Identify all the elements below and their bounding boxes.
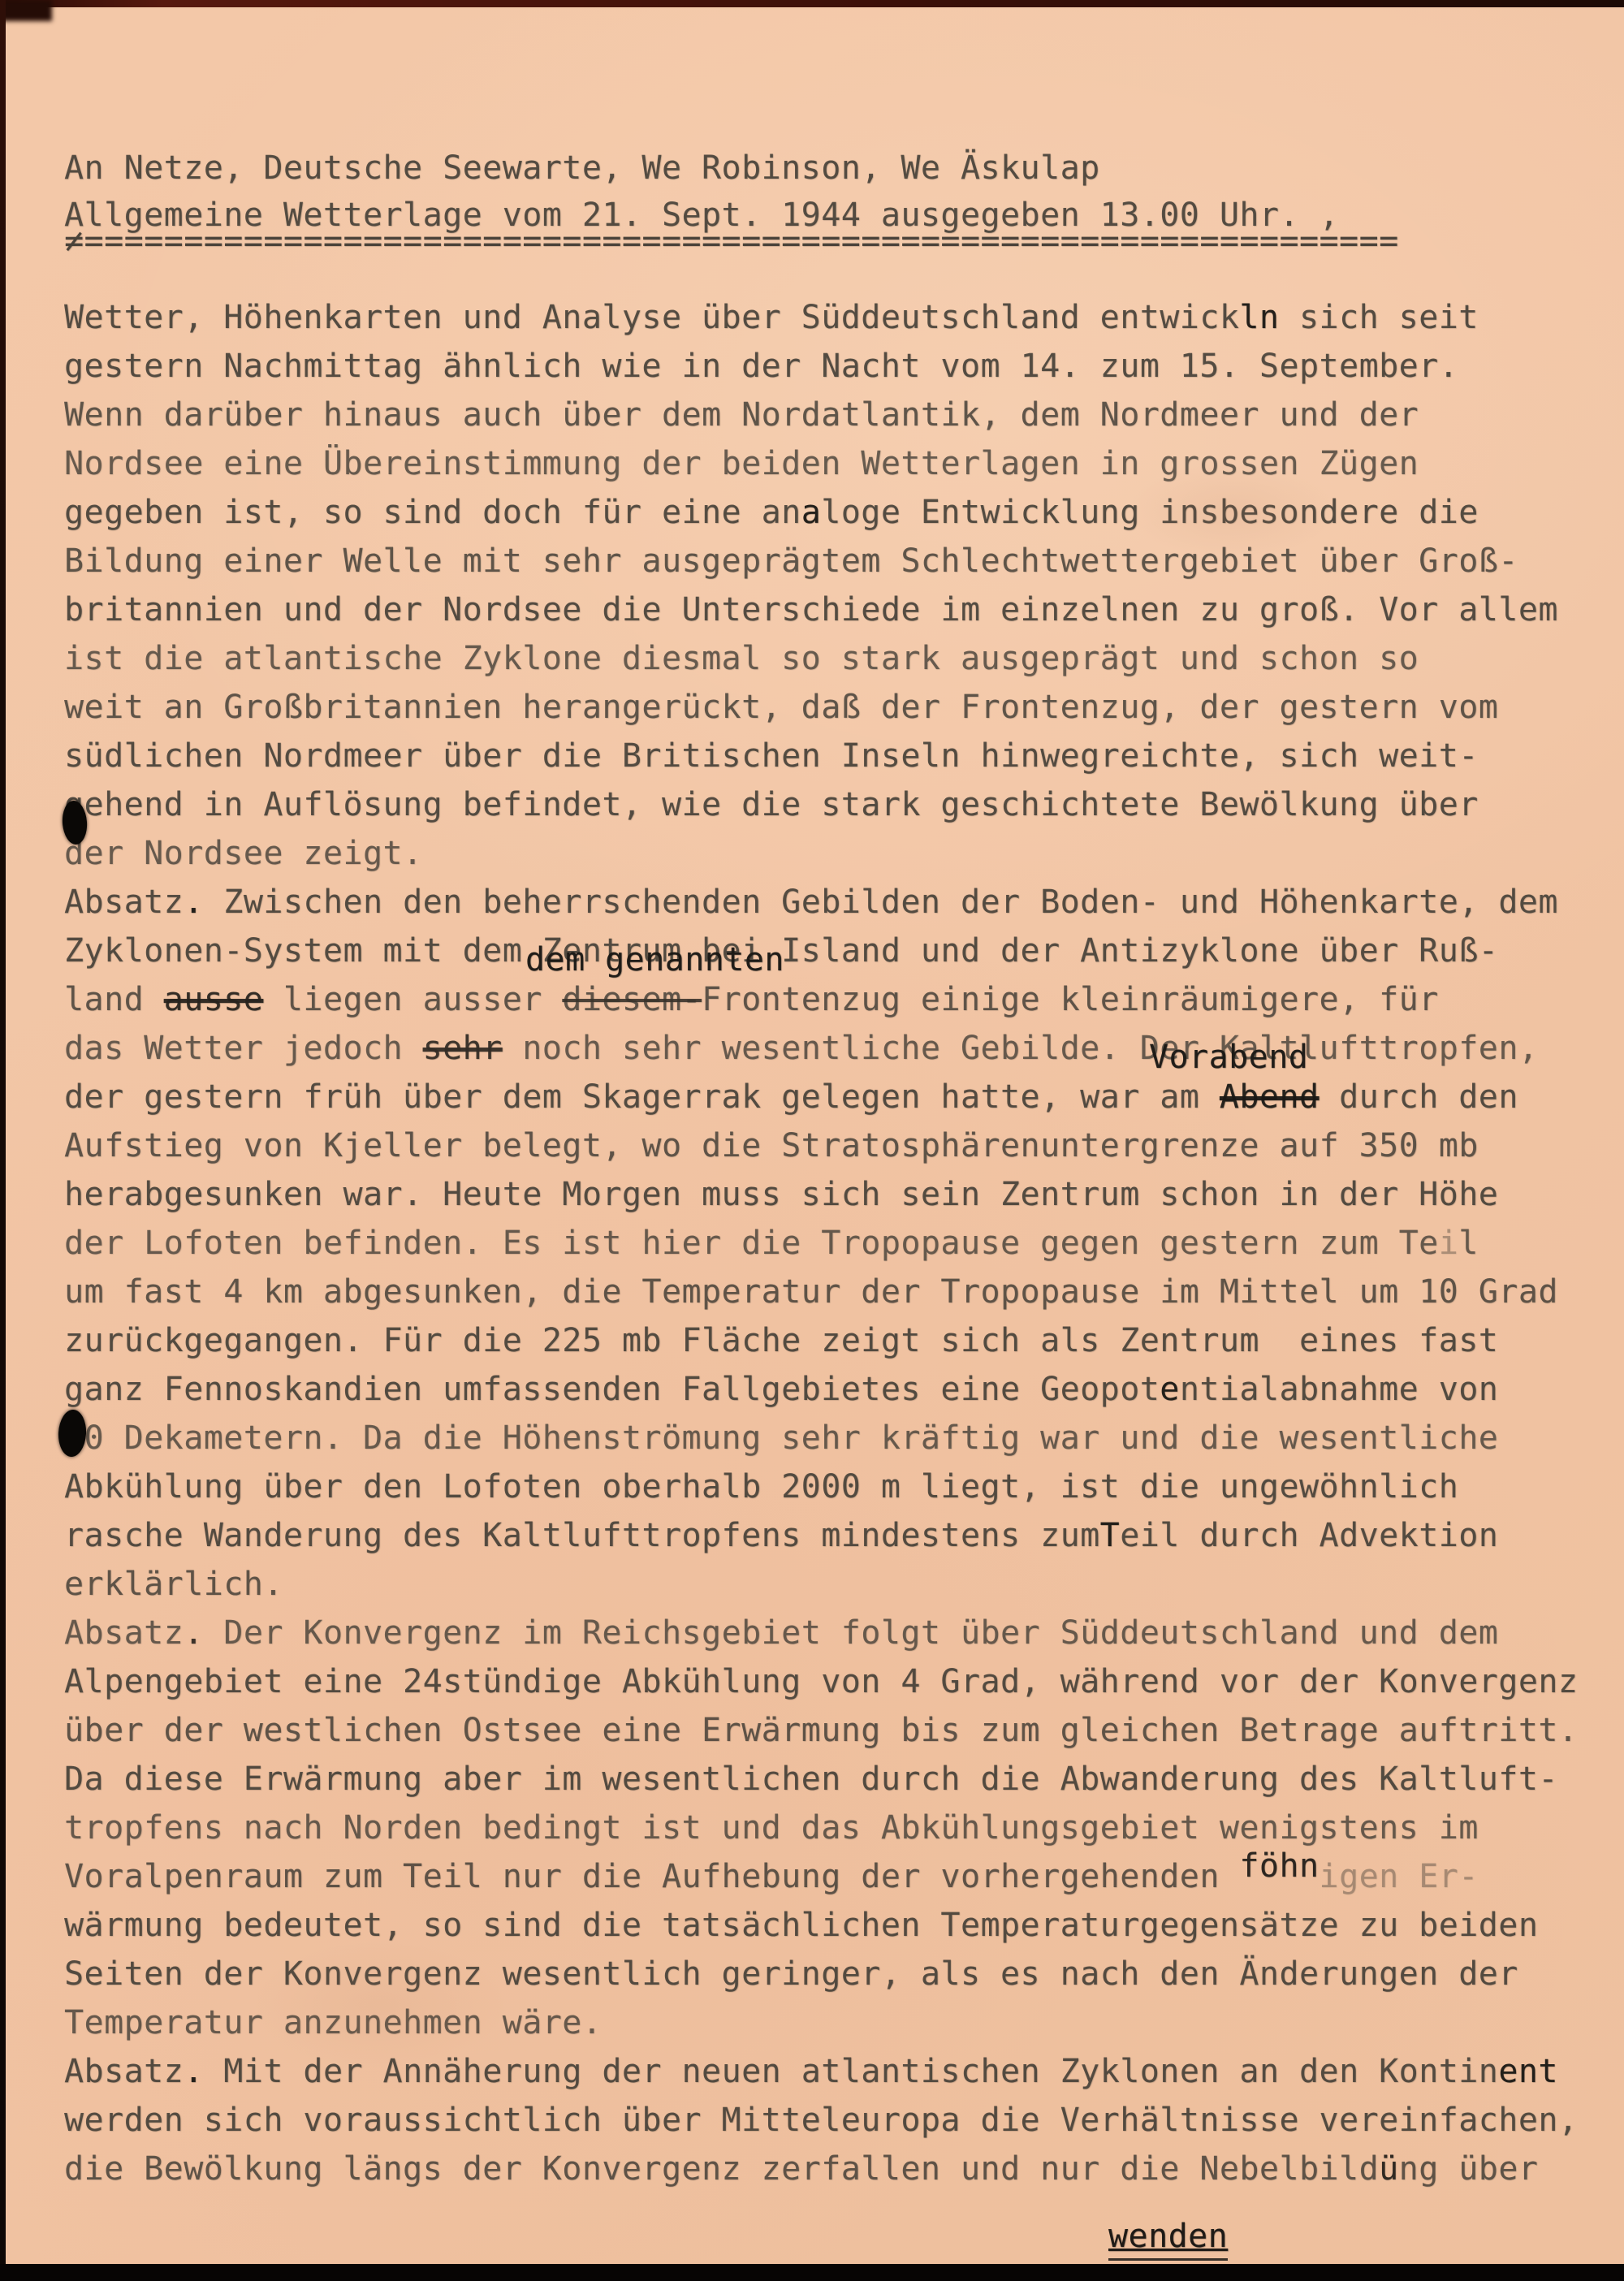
- text-segment: rasche Wanderung des Kaltlufttropfens mi…: [64, 1517, 1100, 1554]
- text-line-4: Nordsee eine Übereinstimmung der beiden …: [64, 439, 1578, 488]
- overtyped-segment: i: [1439, 1225, 1459, 1262]
- text-line-20: der Lofoten befinden. Es ist hier die Tr…: [64, 1219, 1578, 1268]
- divider-rule: ≠=======================================…: [64, 217, 1399, 266]
- text-line-3: Wenn darüber hinaus auch über dem Nordat…: [64, 391, 1578, 439]
- text-segment: gegeben ist, so sind doch für eine an: [64, 494, 801, 531]
- text-segment: wärmung bedeutet, so sind die tatsächlic…: [64, 1907, 1538, 1944]
- text-line-38: werden sich voraussichtlich über Mittele…: [64, 2096, 1578, 2145]
- text-line-7: britannien und der Nordsee die Unterschi…: [64, 585, 1578, 634]
- text-segment: Abkühlung über den Lofoten oberhalb 2000…: [64, 1468, 1458, 1506]
- document-body: Wetter, Höhenkarten und Analyse über Süd…: [64, 293, 1578, 2193]
- text-segment: 40 Dekametern. Da die Höhenströmung sehr…: [64, 1419, 1498, 1457]
- overtyped-segment: diesem-: [562, 981, 702, 1018]
- text-segment: südlichen Nordmeer über die Britischen I…: [64, 737, 1479, 775]
- text-segment: Zwischen den beherrschenden Gebilden der…: [204, 883, 1558, 921]
- overtyped-segment: ü: [1379, 2150, 1399, 2188]
- text-segment: Wetter, Höhenkarten und Analyse über Süd…: [64, 299, 1239, 336]
- text-segment: der gestern früh über dem Skagerrak gele…: [64, 1078, 1220, 1116]
- text-segment: werden sich voraussichtlich über Mittele…: [64, 2102, 1578, 2139]
- text-line-5: gegeben ist, so sind doch für eine analo…: [64, 488, 1578, 537]
- text-segment: Absatz: [64, 1614, 184, 1652]
- text-segment: durch den: [1319, 1078, 1518, 1116]
- text-segment: Absatz: [64, 883, 184, 921]
- text-segment: ganz Fennoskandien umfassenden Fallgebie…: [64, 1371, 1160, 1408]
- text-segment: Absatz: [64, 2053, 184, 2090]
- text-line-19: herabgesunken war. Heute Morgen muss sic…: [64, 1170, 1578, 1219]
- text-line-23: ganz Fennoskandien umfassenden Fallgebie…: [64, 1365, 1578, 1414]
- overtyped-segment: ln: [1239, 299, 1279, 336]
- text-line-1: Wetter, Höhenkarten und Analyse über Süd…: [64, 293, 1578, 342]
- text-line-8: ist die atlantische Zyklone diesmal so s…: [64, 634, 1578, 683]
- overtyped-segment: föhn: [1239, 1847, 1319, 1885]
- scan-edge-left: [0, 0, 6, 2281]
- text-segment: ist die atlantische Zyklone diesmal so s…: [64, 640, 1419, 677]
- text-segment: tropfens nach Norden bedingt ist und das…: [64, 1809, 1479, 1847]
- text-line-28: Absatz. Der Konvergenz im Reichsgebiet f…: [64, 1609, 1578, 1657]
- overtyped-segment: .: [184, 883, 204, 921]
- text-line-13: Absatz. Zwischen den beherrschenden Gebi…: [64, 878, 1578, 927]
- text-segment: herabgesunken war. Heute Morgen muss sic…: [64, 1176, 1498, 1213]
- text-line-39: die Bewölkung längs der Konvergenz zerfa…: [64, 2145, 1578, 2193]
- text-segment: eil durch Advektion: [1120, 1517, 1498, 1554]
- overtyped-segment: .: [184, 1614, 204, 1652]
- text-segment: erklärlich.: [64, 1566, 283, 1603]
- overtyped-segment: ausse: [164, 981, 264, 1018]
- text-segment: Der Konvergenz im Reichsgebiet folgt übe…: [204, 1614, 1499, 1652]
- overtyped-segment: Abend: [1220, 1078, 1319, 1116]
- text-line-15: land ausse liegen ausser diesem-Frontenz…: [64, 975, 1578, 1024]
- overtyped-segment: igen Er-: [1319, 1858, 1479, 1895]
- text-segment: Temperatur anzunehmen wäre.: [64, 2004, 602, 2041]
- text-segment: Wenn darüber hinaus auch über dem Nordat…: [64, 396, 1419, 434]
- scan-edge-corner: [0, 0, 52, 21]
- text-line-22: zurückgegangen. Für die 225 mb Fläche ze…: [64, 1316, 1578, 1365]
- text-line-2: gestern Nachmittag ähnlich wie in der Na…: [64, 342, 1578, 391]
- text-segment: l: [1458, 1225, 1479, 1262]
- text-segment: der Nordsee zeigt.: [64, 835, 423, 872]
- text-line-30: über der westlichen Ostsee eine Erwärmun…: [64, 1706, 1578, 1755]
- text-line-25: Abkühlung über den Lofoten oberhalb 2000…: [64, 1462, 1578, 1511]
- text-line-24: 40 Dekametern. Da die Höhenströmung sehr…: [64, 1414, 1578, 1462]
- text-line-14: Zyklonen-System mit dem Zentrum bei Isla…: [64, 927, 1578, 975]
- text-segment: gestern Nachmittag ähnlich wie in der Na…: [64, 348, 1458, 385]
- insertion-vorabend: Vorabend: [1149, 1039, 1308, 1076]
- text-segment: weit an Großbritannien herangerückt, daß…: [64, 689, 1498, 726]
- text-line-34: wärmung bedeutet, so sind die tatsächlic…: [64, 1901, 1578, 1950]
- text-segment: Alpengebiet eine 24stündige Abkühlung vo…: [64, 1663, 1578, 1700]
- overtyped-segment: a: [801, 494, 822, 531]
- text-segment: Voralpenraum zum Teil nur die Aufhebung …: [64, 1858, 1239, 1895]
- text-segment: britannien und der Nordsee die Unterschi…: [64, 591, 1558, 629]
- text-segment: gehend in Auflösung befindet, wie die st…: [64, 786, 1479, 823]
- text-line-33: Voralpenraum zum Teil nur die Aufhebung …: [64, 1852, 1578, 1901]
- text-line-6: Bildung einer Welle mit sehr ausgeprägte…: [64, 537, 1578, 585]
- text-segment: ng über: [1399, 2150, 1539, 2188]
- text-segment: loge Entwicklung insbesondere die: [821, 494, 1479, 531]
- text-segment: liegen ausser: [263, 981, 562, 1018]
- text-line-17: der gestern früh über dem Skagerrak gele…: [64, 1073, 1578, 1121]
- recipients-line: An Netze, Deutsche Seewarte, We Robinson…: [64, 144, 1100, 192]
- text-line-35: Seiten der Konvergenz wesentlich geringe…: [64, 1950, 1578, 1998]
- text-segment: noch sehr wesentliche Gebilde. Der Kaltl…: [503, 1030, 1539, 1067]
- overtyped-segment: T: [1100, 1517, 1121, 1554]
- text-segment: Mit der Annäherung der neuen atlantische…: [204, 2053, 1499, 2090]
- overtyped-segment: .: [184, 2053, 204, 2090]
- text-segment: über der westlichen Ostsee eine Erwärmun…: [64, 1712, 1578, 1749]
- text-line-32: tropfens nach Norden bedingt ist und das…: [64, 1804, 1578, 1852]
- text-line-36: Temperatur anzunehmen wäre.: [64, 1998, 1578, 2047]
- text-segment: zurückgegangen. Für die 225 mb Fläche ze…: [64, 1322, 1498, 1359]
- text-line-26: rasche Wanderung des Kaltlufttropfens mi…: [64, 1511, 1578, 1560]
- insertion-dem-genannten: dem genannten: [525, 941, 784, 978]
- text-line-16: das Wetter jedoch sehr noch sehr wesentl…: [64, 1024, 1578, 1073]
- text-line-9: weit an Großbritannien herangerückt, daß…: [64, 683, 1578, 732]
- document-page: An Netze, Deutsche Seewarte, We Robinson…: [6, 7, 1624, 2264]
- text-line-21: um fast 4 km abgesunken, die Temperatur …: [64, 1268, 1578, 1316]
- text-segment: Seiten der Konvergenz wesentlich geringe…: [64, 1955, 1518, 1993]
- text-line-27: erklärlich.: [64, 1560, 1578, 1609]
- text-line-37: Absatz. Mit der Annäherung der neuen atl…: [64, 2047, 1578, 2096]
- text-segment: ntialabnahme von: [1180, 1371, 1499, 1408]
- text-segment: die Bewölkung längs der Konvergenz zerfa…: [64, 2150, 1379, 2188]
- scan-edge-bottom: [0, 2264, 1624, 2281]
- text-line-11: gehend in Auflösung befindet, wie die st…: [64, 780, 1578, 829]
- text-segment: Da diese Erwärmung aber im wesentlichen …: [64, 1760, 1558, 1798]
- text-segment: das Wetter jedoch: [64, 1030, 423, 1067]
- text-line-12: der Nordsee zeigt.: [64, 829, 1578, 878]
- page-turn-note: wenden: [1108, 2218, 1228, 2261]
- overtyped-segment: ent: [1498, 2053, 1558, 2090]
- text-segment: um fast 4 km abgesunken, die Temperatur …: [64, 1273, 1558, 1311]
- text-line-18: Aufstieg von Kjeller belegt, wo die Stra…: [64, 1121, 1578, 1170]
- text-segment: land: [64, 981, 164, 1018]
- text-segment: Nordsee eine Übereinstimmung der beiden …: [64, 445, 1419, 482]
- scan-edge-top: [0, 0, 1624, 7]
- text-segment: sich seit: [1279, 299, 1478, 336]
- overtyped-segment: e: [1160, 1371, 1180, 1408]
- overtyped-segment: sehr: [423, 1030, 503, 1067]
- text-line-31: Da diese Erwärmung aber im wesentlichen …: [64, 1755, 1578, 1804]
- scanned-document-screen: { "document_type": "typewritten weather …: [0, 0, 1624, 2281]
- text-segment: Frontenzug einige kleinräumigere, für: [702, 981, 1439, 1018]
- text-segment: Aufstieg von Kjeller belegt, wo die Stra…: [64, 1127, 1479, 1164]
- text-segment: der Lofoten befinden. Es ist hier die Tr…: [64, 1225, 1439, 1262]
- text-line-10: südlichen Nordmeer über die Britischen I…: [64, 732, 1578, 780]
- text-segment: Bildung einer Welle mit sehr ausgeprägte…: [64, 542, 1518, 580]
- text-line-29: Alpengebiet eine 24stündige Abkühlung vo…: [64, 1657, 1578, 1706]
